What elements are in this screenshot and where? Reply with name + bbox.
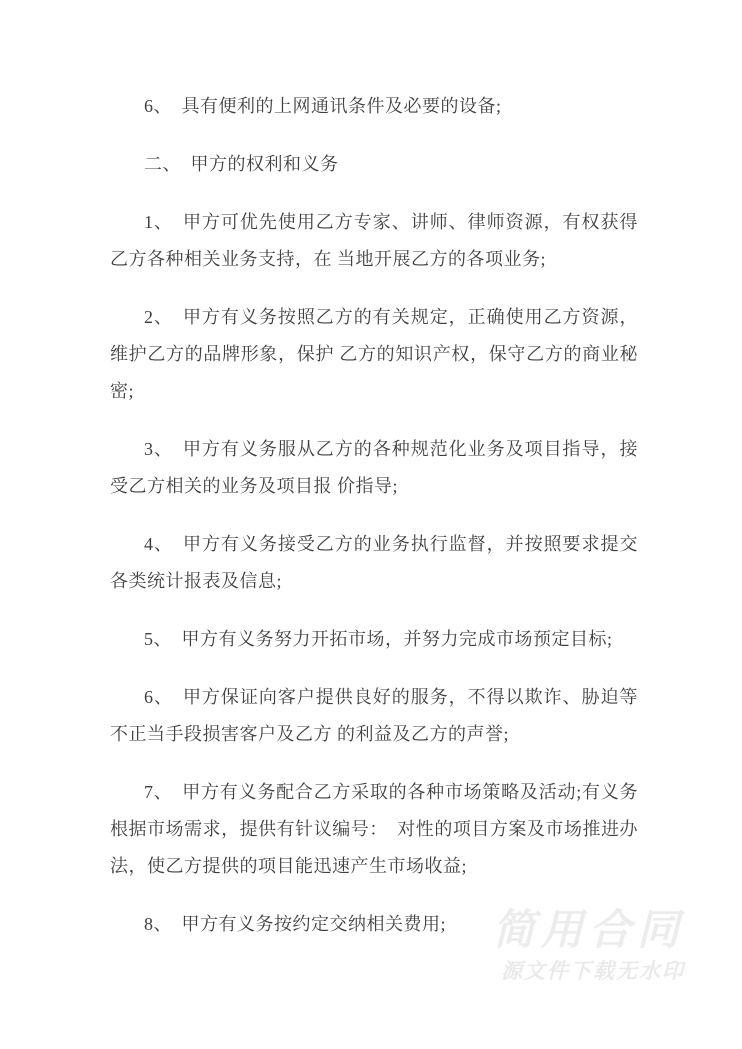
document-body: 6、 具有便利的上网通讯条件及必要的设备; 二、 甲方的权利和义务 1、 甲方可…: [110, 88, 638, 964]
clause-item: 4、 甲方有义务接受乙方的业务执行监督，并按照要求提交各类统计报表及信息;: [110, 526, 638, 600]
contract-document-page: 6、 具有便利的上网通讯条件及必要的设备; 二、 甲方的权利和义务 1、 甲方可…: [0, 0, 742, 1049]
clause-item: 5、 甲方有义务努力开拓市场，并努力完成市场预定目标;: [110, 621, 638, 658]
clause-item: 6、 具有便利的上网通讯条件及必要的设备;: [110, 88, 638, 125]
clause-item: 6、 甲方保证向客户提供良好的服务，不得以欺诈、胁迫等不正当手段损害客户及乙方 …: [110, 679, 638, 753]
clause-item: 3、 甲方有义务服从乙方的各种规范化业务及项目指导，接受乙方相关的业务及项目报 …: [110, 431, 638, 505]
section-heading: 二、 甲方的权利和义务: [110, 146, 638, 183]
clause-item: 8、 甲方有义务按约定交纳相关费用;: [110, 906, 638, 943]
clause-item: 7、 甲方有义务配合乙方采取的各种市场策略及活动;有义务根据市场需求，提供有针议…: [110, 774, 638, 885]
clause-item: 1、 甲方可优先使用乙方专家、讲师、律师资源，有权获得乙方各种相关业务支持，在 …: [110, 204, 638, 278]
clause-item: 2、 甲方有义务按照乙方的有关规定，正确使用乙方资源，维护乙方的品牌形象，保护 …: [110, 299, 638, 410]
